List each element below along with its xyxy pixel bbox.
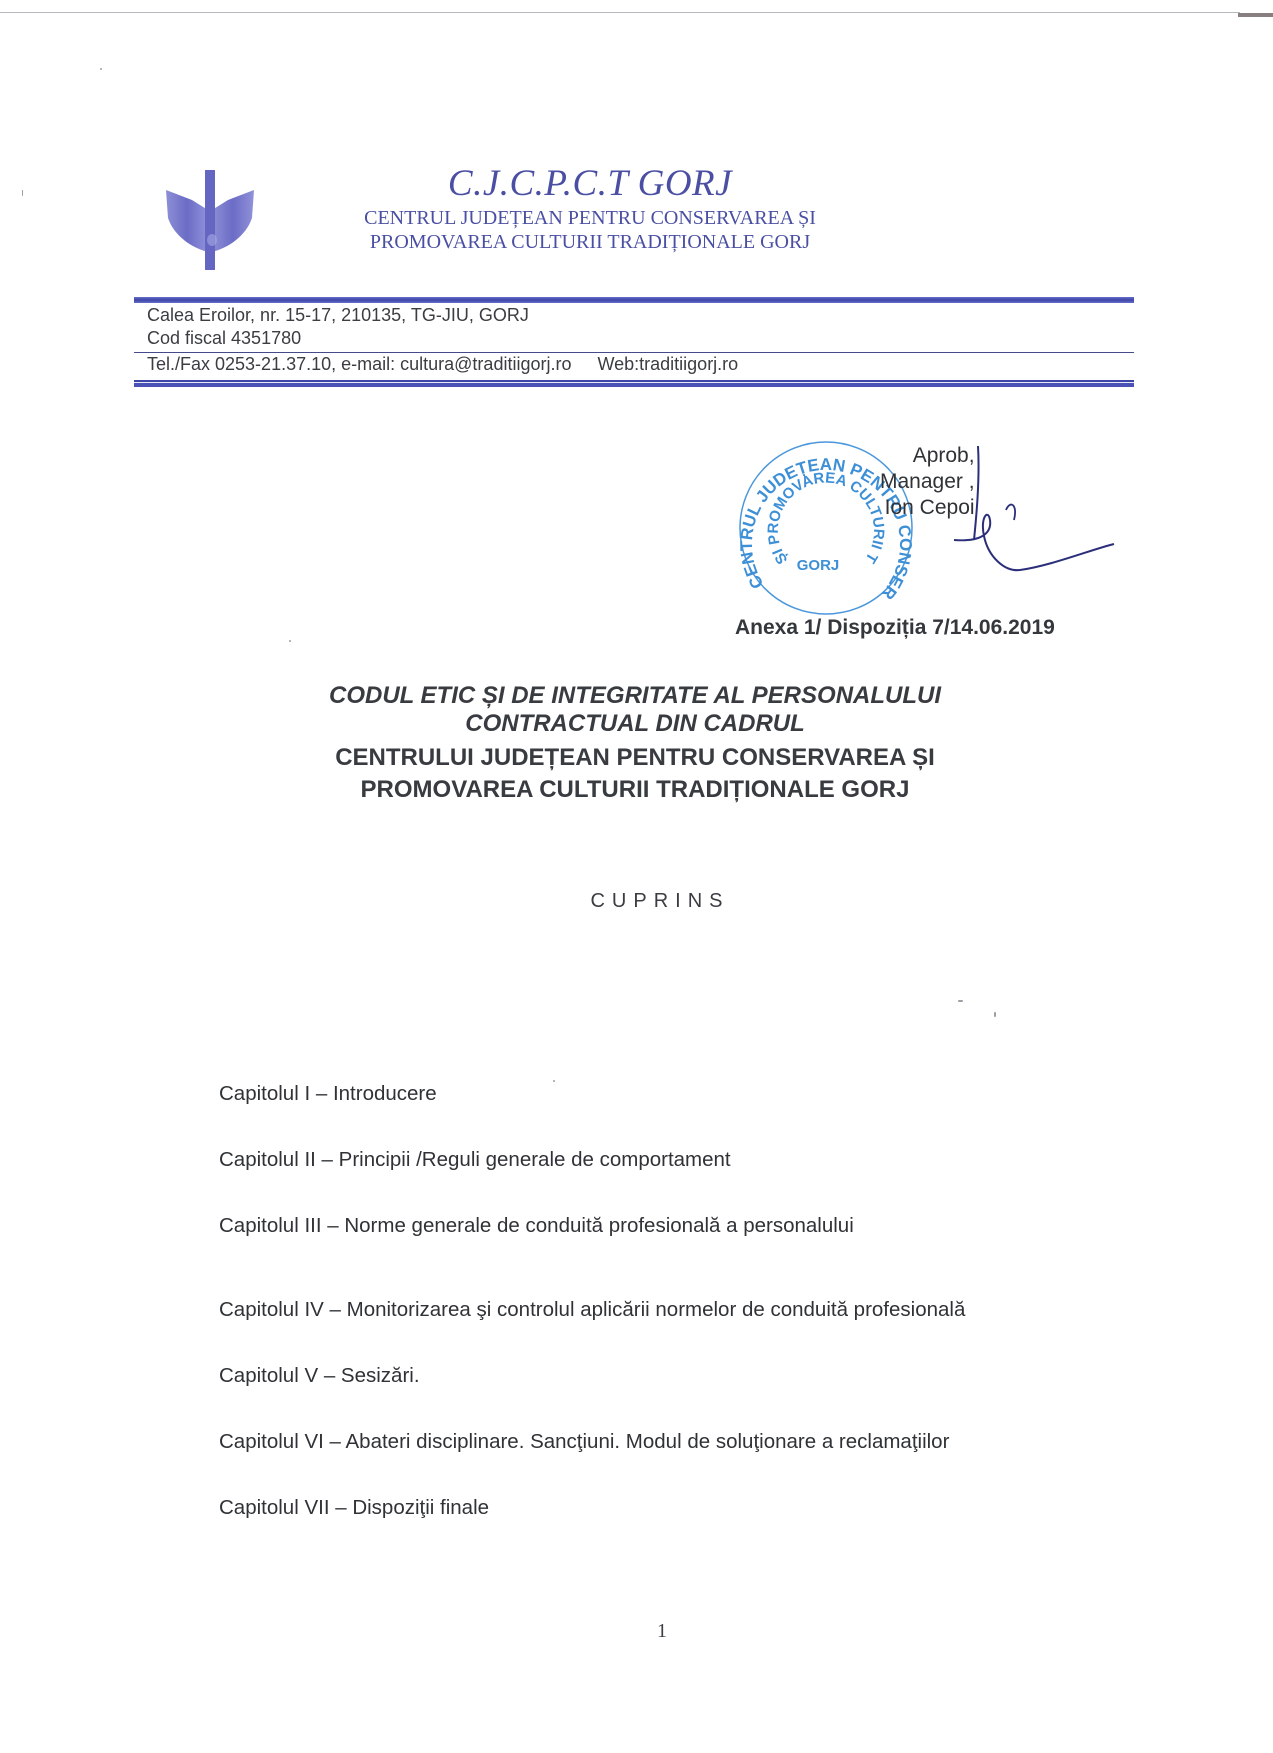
scan-speck xyxy=(553,1080,555,1082)
title-line-2: CONTRACTUAL DIN CADRUL xyxy=(250,710,1020,738)
address-line: Calea Eroilor, nr. 15-17, 210135, TG-JIU… xyxy=(147,305,529,326)
website-text: Web:traditiigorj.ro xyxy=(597,354,738,374)
header-divider-thin xyxy=(134,352,1134,353)
scan-edge-line xyxy=(0,12,1240,13)
toc-item: Capitolul II – Principii /Reguli general… xyxy=(219,1148,731,1172)
fiscal-code-line: Cod fiscal 4351780 xyxy=(147,328,301,349)
contact-line: Tel./Fax 0253-21.37.10, e-mail: cultura@… xyxy=(147,354,738,375)
title-line-1: CODUL ETIC ȘI DE INTEGRITATE AL PERSONAL… xyxy=(250,682,1020,710)
organization-name-line1: CENTRUL JUDEȚEAN PENTRU CONSERVAREA ȘI xyxy=(300,206,880,230)
scan-edge-mark xyxy=(1238,13,1273,17)
toc-item: Capitolul VII – Dispoziţii finale xyxy=(219,1496,489,1520)
organization-name-line2: PROMOVAREA CULTURII TRADIȚIONALE GORJ xyxy=(300,230,880,254)
organization-name: CENTRUL JUDEȚEAN PENTRU CONSERVAREA ȘI P… xyxy=(300,206,880,254)
toc-item: Capitolul III – Norme generale de condui… xyxy=(219,1214,854,1238)
handwritten-signature-icon xyxy=(940,440,1120,580)
tulip-emblem-icon xyxy=(162,170,258,270)
phone-email-text: Tel./Fax 0253-21.37.10, e-mail: cultura@… xyxy=(147,354,571,374)
title-line-4: PROMOVAREA CULTURII TRADIȚIONALE GORJ xyxy=(250,776,1020,804)
annex-reference: Anexa 1/ Dispoziția 7/14.06.2019 xyxy=(735,616,1055,640)
toc-item: Capitolul IV – Monitorizarea şi controlu… xyxy=(219,1298,965,1322)
header-divider-top xyxy=(134,297,1134,303)
toc-item: Capitolul VI – Abateri disciplinare. San… xyxy=(219,1430,949,1454)
toc-item: Capitolul I – Introducere xyxy=(219,1082,437,1106)
stamp-center-text: GORJ xyxy=(797,557,840,574)
organization-abbreviation: C.J.C.P.C.T GORJ xyxy=(300,162,880,205)
title-line-3: CENTRULUI JUDEȚEAN PENTRU CONSERVAREA ȘI xyxy=(250,744,1020,772)
scan-speck xyxy=(994,1012,996,1017)
scan-speck xyxy=(958,1000,963,1002)
toc-heading: CUPRINS xyxy=(540,890,780,913)
page-number: 1 xyxy=(652,1620,672,1643)
scan-speck xyxy=(22,190,23,196)
scan-speck xyxy=(100,68,102,70)
scan-speck xyxy=(289,640,291,642)
toc-item: Capitolul V – Sesizări. xyxy=(219,1364,420,1388)
header-divider-bottom xyxy=(134,380,1134,387)
